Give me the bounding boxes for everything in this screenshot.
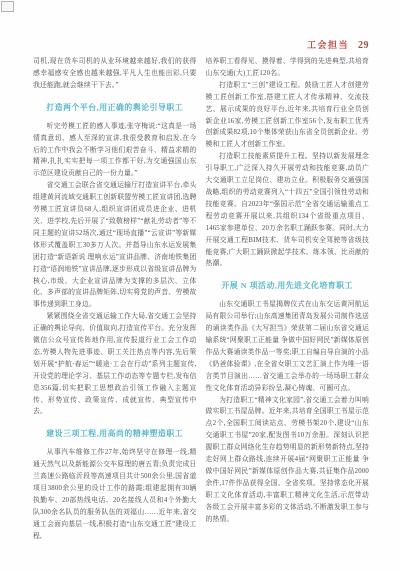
body-paragraph: 山东交通职工书屋揭牌仪式在山东交运黄河航运局有限公司举行;山东高速集团青岛发展公… (206, 299, 370, 394)
body-paragraph: 听完劳模工匠的感人事迹,张守梅说:“这真是一场情真意切、感人至深的宣讲,我很受教… (33, 121, 197, 181)
section-heading: 建设三项工程,用高尚的精神塑造职工 (33, 428, 197, 440)
body-paragraph: 打造职工技能素质提升工程。坚持以新发展理念引导职工,广泛深入持久开展劳动和技能竞… (206, 151, 370, 270)
body-paragraph: 省交通工会联合省交通运输厅打造宣讲平台,牵头组建黄河流域交通职工创新联盟劳模工匠… (33, 180, 197, 311)
section-heading: 打造两个平台,用正确的舆论引导职工 (33, 102, 197, 114)
section-heading: 开展 N 项活动,用先进文化培育职工 (206, 280, 370, 292)
scan-corner-mark (1, 1, 14, 12)
body-paragraph: 培养职工看得见、摸得着、学得到的先进典型,共培育山东交通(大)工匠120名。 (206, 56, 370, 80)
page-number: 29 (358, 40, 369, 51)
body-paragraph: 紧紧围绕全省交通运输工作大局,省交通工会坚持正确的舆论导向、价值取向,打造宣传平… (33, 311, 197, 418)
body-paragraph: 从事汽车维修工作27年,始终坚守在修理一线,精通天然气以及新能源公交车原理的唐五… (33, 447, 197, 542)
left-column: 司机,现在货车司机的从业环境越来越好,我们的获得感幸福感安全感也越来越强,平凡人… (33, 56, 197, 543)
page-header: 工会担当29 (33, 38, 369, 52)
body-paragraph: 打造职工“三创”建设工程。鼓励工匠人才创建劳模工匠创新工作室,搭建工匠人才传承精… (206, 80, 370, 151)
section-label: 工会担当 (307, 40, 349, 50)
body-paragraph: 为打造职工“精神文化家园”,省交通工会着力叫响做实职工书屋品牌。近年来,共培育全… (206, 395, 370, 526)
body-paragraph: 司机,现在货车司机的从业环境越来越好,我们的获得感幸福感安全感也越来越强,平凡人… (33, 56, 197, 92)
magazine-page: 工会担当29 司机,现在货车司机的从业环境越来越好,我们的获得感幸福感安全感也越… (0, 0, 400, 571)
two-column-body: 司机,现在货车司机的从业环境越来越好,我们的获得感幸福感安全感也越来越强,平凡人… (33, 56, 369, 543)
right-column: 培养职工看得见、摸得着、学得到的先进典型,共培育山东交通(大)工匠120名。打造… (206, 56, 370, 543)
